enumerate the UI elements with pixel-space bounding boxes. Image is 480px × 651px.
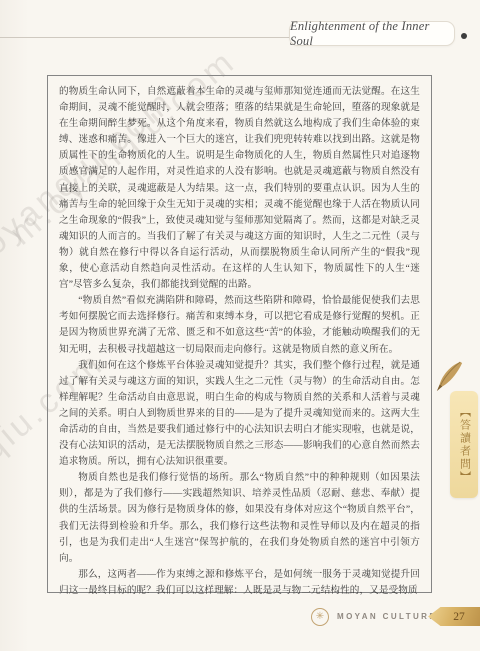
section-tab-readers-questions: 【答讀者問】 bbox=[450, 391, 478, 498]
paragraph: “物质自然”看似充满陷阱和障碍，然而这些陷阱和障碍，恰恰最能促使我们去思考如何摆… bbox=[59, 293, 420, 357]
paragraph: 那么，这两者——作为束缚之源和修炼平台，是如何统一服务于灵魂知觉提升回归这一最终… bbox=[59, 567, 420, 599]
publisher-logo-icon: ✳ bbox=[311, 608, 329, 626]
logo-asterisk-icon: ✳ bbox=[316, 612, 324, 622]
header-rule bbox=[0, 37, 291, 38]
paragraph: 的物质生命认同下，自然遮蔽着本生命的灵魂与玺师那知觉连通而无法觉醒。在这生命期间… bbox=[59, 84, 420, 293]
paragraph: 物质自然也是我们修行觉悟的场所。那么“物质自然”中的种种规则（如因果法则），都是… bbox=[59, 470, 420, 567]
header-title-text: Enlightenment of the Inner Soul bbox=[290, 19, 454, 49]
page-header-title: Enlightenment of the Inner Soul bbox=[289, 21, 455, 46]
header-dot bbox=[461, 33, 467, 39]
page-number-ribbon: 27 bbox=[428, 607, 480, 626]
quill-pen-icon bbox=[434, 360, 464, 394]
paragraph: 我们如何在这个修炼平台体验灵魂知觉提升？其实，我们整个修行过程，就是通过了解有关… bbox=[59, 358, 420, 471]
page-number: 27 bbox=[453, 611, 465, 623]
section-tab-label: 【答讀者問】 bbox=[459, 406, 470, 484]
publisher-brand: MOYAN CULTURE bbox=[337, 612, 437, 621]
main-text-box: 的物质生命认同下，自然遮蔽着本生命的灵魂与玺师那知觉连通而无法觉醒。在这生命期间… bbox=[47, 75, 432, 593]
